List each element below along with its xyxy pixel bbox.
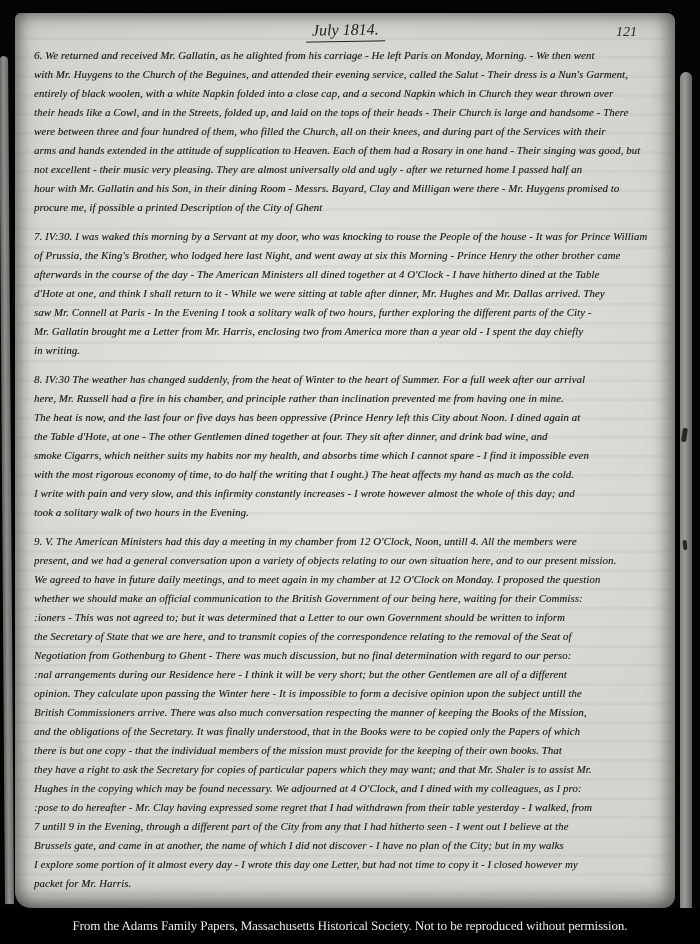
- manuscript-scan: 121 July 1814. 6. We returned and receiv…: [0, 0, 700, 944]
- manuscript-line: took a solitary walk of two hours in the…: [34, 504, 661, 523]
- manuscript-line: d'Hote at one, and think I shall return …: [34, 285, 661, 304]
- manuscript-line: in writing.: [34, 342, 661, 361]
- archive-caption: From the Adams Family Papers, Massachuse…: [73, 918, 628, 934]
- manuscript-line: the Table d'Hote, at one - The other Gen…: [34, 428, 661, 447]
- manuscript-line: 7. IV:30. I was waked this morning by a …: [34, 228, 661, 247]
- archive-caption-band: From the Adams Family Papers, Massachuse…: [0, 908, 700, 944]
- manuscript-line: 9. V. The American Ministers had this da…: [34, 533, 661, 552]
- manuscript-line: packet for Mr. Harris.: [34, 875, 661, 894]
- manuscript-line: of Prussia, the King's Brother, who lodg…: [34, 247, 661, 266]
- manuscript-line: were between three and four hundred of t…: [34, 123, 661, 142]
- manuscript-line: with the most rigorous economy of time, …: [34, 466, 661, 485]
- entry-july-6: 6. We returned and received Mr. Gallatin…: [34, 47, 661, 218]
- manuscript-line: The heat is now, and the last four or fi…: [34, 409, 661, 428]
- manuscript-line: present, and we had a general conversati…: [34, 552, 661, 571]
- manuscript-line: :nal arrangements during our Residence h…: [34, 666, 661, 685]
- manuscript-line: procure me, if possible a printed Descri…: [34, 199, 661, 218]
- manuscript-line: 7 untill 9 in the Evening, through a dif…: [34, 818, 661, 837]
- manuscript-line: I write with pain and very slow, and thi…: [34, 485, 661, 504]
- manuscript-line: Mr. Gallatin brought me a Letter from Mr…: [34, 323, 661, 342]
- manuscript-line: here, Mr. Russell had a fire in his cham…: [34, 390, 661, 409]
- manuscript-body: 6. We returned and received Mr. Gallatin…: [34, 47, 661, 902]
- manuscript-line: arms and hands extended in the attitude …: [34, 142, 661, 161]
- manuscript-line: Negotiation from Gothenburg to Ghent - T…: [34, 647, 661, 666]
- manuscript-line: they have a right to ask the Secretary f…: [34, 761, 661, 780]
- entry-july-9: 9. V. The American Ministers had this da…: [34, 533, 661, 894]
- manuscript-line: I explore some portion of it almost ever…: [34, 856, 661, 875]
- entry-month-heading: July 1814.: [15, 22, 675, 42]
- manuscript-line: there is but one copy - that the individ…: [34, 742, 661, 761]
- manuscript-line: hour with Mr. Gallatin and his Son, in t…: [34, 180, 661, 199]
- entry-july-8: 8. IV:30 The weather has changed suddenl…: [34, 371, 661, 523]
- next-page-edge: [680, 72, 692, 908]
- manuscript-line: and the obligations of the Secretary. It…: [34, 723, 661, 742]
- manuscript-line: British Commissioners arrive. There was …: [34, 704, 661, 723]
- manuscript-line: afterwards in the course of the day - Th…: [34, 266, 661, 285]
- manuscript-line: with Mr. Huygens to the Church of the Be…: [34, 66, 661, 85]
- manuscript-line: :pose to do hereafter - Mr. Clay having …: [34, 799, 661, 818]
- manuscript-line: not excellent - their music very pleasin…: [34, 161, 661, 180]
- manuscript-line: the Secretary of State that we are here,…: [34, 628, 661, 647]
- manuscript-line: We agreed to have in future daily meetin…: [34, 571, 661, 590]
- entry-july-7: 7. IV:30. I was waked this morning by a …: [34, 228, 661, 361]
- manuscript-line: :ioners - This was not agreed to; but it…: [34, 609, 661, 628]
- manuscript-line: opinion. They calculate upon passing the…: [34, 685, 661, 704]
- previous-page-edge: [0, 56, 14, 904]
- manuscript-line: entirely of black woolen, with a white N…: [34, 85, 661, 104]
- manuscript-line: 6. We returned and received Mr. Gallatin…: [34, 47, 661, 66]
- manuscript-line: their heads like a Cowl, and in the Stre…: [34, 104, 661, 123]
- manuscript-line: saw Mr. Connell at Paris - In the Evenin…: [34, 304, 661, 323]
- manuscript-line: smoke Cigarrs, which neither suits my ha…: [34, 447, 661, 466]
- manuscript-line: Hughes in the copying which may be found…: [34, 780, 661, 799]
- manuscript-line: whether we should make an official commu…: [34, 590, 661, 609]
- diary-page: 121 July 1814. 6. We returned and receiv…: [15, 13, 675, 908]
- manuscript-line: Brussels gate, and came in at another, t…: [34, 837, 661, 856]
- manuscript-line: 8. IV:30 The weather has changed suddenl…: [34, 371, 661, 390]
- entry-month-heading-text: July 1814.: [306, 21, 385, 42]
